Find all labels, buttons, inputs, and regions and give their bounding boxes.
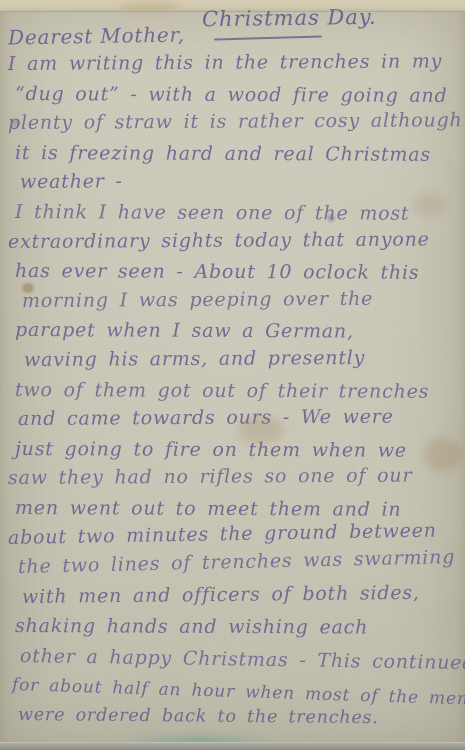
letter-line: were ordered back to the trenches. (18, 701, 460, 734)
letter-heading: Christmas Day. (202, 5, 377, 31)
paper-bottom-edge (0, 742, 465, 750)
letter-page: Christmas Day. Dearest Mother, I am writ… (0, 0, 465, 750)
letter-line: saw they had no rifles so one of our (8, 462, 460, 494)
heading-underline (214, 35, 322, 40)
letter-line: morning I was peeping over the (22, 284, 460, 316)
letter-line: with men and officers of both sides, (22, 578, 460, 612)
letter-line: and came towards ours - We were (18, 402, 460, 434)
letter-line: plenty of straw it is rather cosy althou… (8, 106, 460, 138)
letter-line: weather - (20, 166, 460, 198)
letter-body: I am writing this in the trenches in my … (8, 50, 460, 731)
letter-line: shaking hands and wishing each (15, 612, 460, 644)
letter-line: waving his arms, and presently (24, 343, 460, 375)
letter-line: I am writing this in the trenches in my (8, 47, 460, 79)
letter-salutation: Dearest Mother, (8, 22, 185, 49)
letter-line: extraordinary sights today that anyone (8, 225, 460, 257)
